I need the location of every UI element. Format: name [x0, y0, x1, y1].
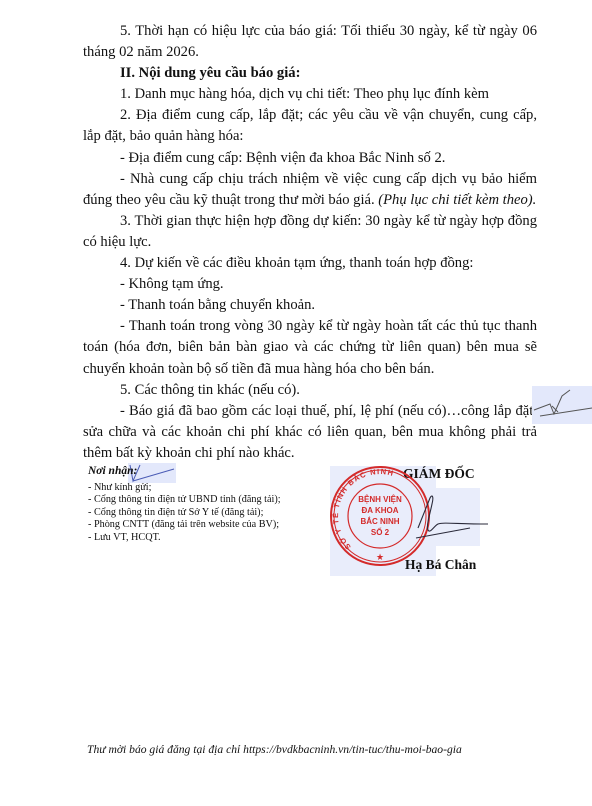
recipient-item: - Cổng thông tin điện tử UBND tỉnh (đăng…	[88, 494, 338, 507]
paragraph: - Báo giá đã bao gồm các loại thuế, phí,…	[83, 401, 537, 464]
svg-text:BỆNH VIỆN: BỆNH VIỆN	[358, 495, 402, 504]
svg-text:SỐ 2: SỐ 2	[371, 527, 390, 537]
document-body: 5. Thời hạn có hiệu lực của báo giá: Tối…	[83, 21, 537, 464]
paragraph: 2. Địa điểm cung cấp, lắp đặt; các yêu c…	[83, 105, 537, 147]
paragraph-italic-note: (Phụ lục chi tiết kèm theo).	[378, 192, 536, 208]
recipient-item: - Phòng CNTT (đăng tải trên website của …	[88, 519, 338, 532]
paragraph: - Thanh toán trong vòng 30 ngày kể từ ng…	[83, 316, 537, 379]
paragraph: 4. Dự kiến về các điều khoản tạm ứng, th…	[83, 253, 537, 274]
svg-text:BẮC NINH: BẮC NINH	[360, 517, 399, 526]
recipient-item: - Cổng thông tin điện tử Sở Y tế (đăng t…	[88, 507, 338, 520]
svg-text:ĐA KHOA: ĐA KHOA	[361, 506, 398, 515]
paragraph: II. Nội dung yêu cầu báo giá:	[83, 63, 537, 84]
recipients-block: Nơi nhận: - Như kính gửi;- Cổng thông ti…	[88, 465, 338, 545]
paragraph: - Nhà cung cấp chịu trách nhiệm về việc …	[83, 169, 537, 211]
director-name: Hạ Bá Chân	[405, 557, 476, 573]
director-signature-icon	[410, 490, 490, 545]
signature-scribble-icon	[532, 386, 592, 424]
paragraph: - Địa điểm cung cấp: Bệnh viện đa khoa B…	[83, 148, 537, 169]
paragraph: 3. Thời gian thực hiện hợp đồng dự kiến:…	[83, 211, 537, 253]
paragraph: 1. Danh mục hàng hóa, dịch vụ chi tiết: …	[83, 84, 537, 105]
svg-text:★: ★	[376, 552, 384, 562]
recipient-item: - Như kính gửi;	[88, 482, 338, 495]
recipients-list: - Như kính gửi;- Cổng thông tin điện tử …	[88, 482, 338, 545]
recipients-title: Nơi nhận:	[88, 465, 338, 478]
footer-note: Thư mời báo giá đăng tại địa chỉ https:/…	[87, 743, 462, 756]
paragraph: 5. Thời hạn có hiệu lực của báo giá: Tối…	[83, 21, 537, 63]
paragraph: 5. Các thông tin khác (nếu có).	[83, 380, 537, 401]
paragraph: - Thanh toán bằng chuyển khoản.	[83, 295, 537, 316]
paragraph: - Không tạm ứng.	[83, 274, 537, 295]
recipient-item: - Lưu VT, HCQT.	[88, 532, 338, 545]
initial-signature-mark	[532, 386, 592, 424]
